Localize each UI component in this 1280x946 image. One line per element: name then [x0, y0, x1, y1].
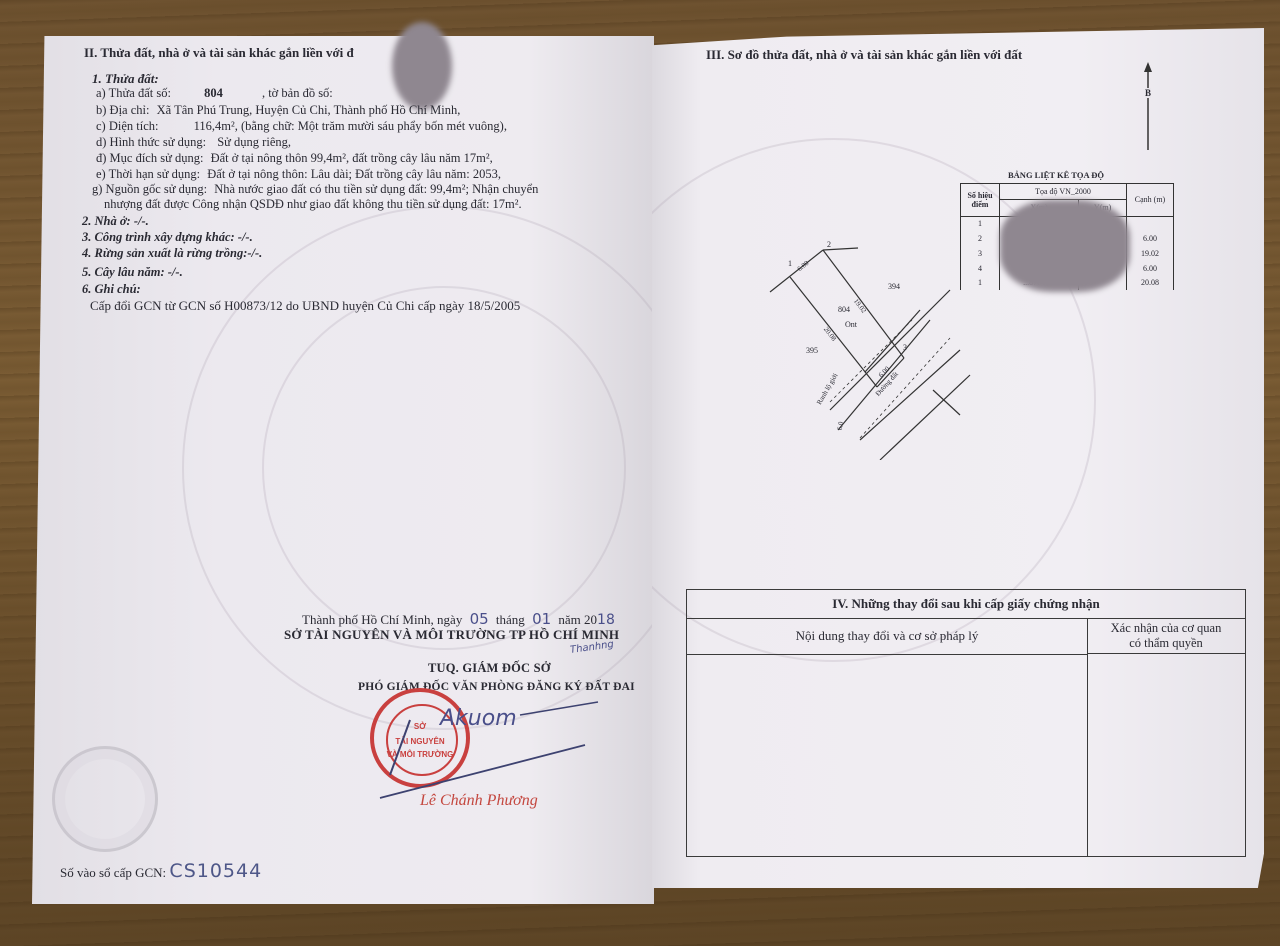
date-day: 05	[470, 610, 489, 628]
col-confirm-line-1: Xác nhận của cơ quan	[1087, 621, 1245, 636]
corner-3-label: 3	[903, 343, 907, 352]
house-item: 2. Nhà ở: -/-.	[82, 214, 149, 229]
col-authority-confirmation: Xác nhận của cơ quan có thẩm quyền	[1087, 618, 1245, 654]
parcel-id-label: 804	[838, 305, 850, 314]
changes-table-title: IV. Những thay đổi sau khi cấp giấy chứn…	[687, 590, 1245, 619]
purpose-label: đ) Mục đích sử dụng:	[96, 151, 203, 165]
term-row: e) Thời hạn sử dụng: Đất ở tại nông thôn…	[96, 167, 501, 182]
parcel-number: 804	[204, 86, 223, 100]
forest-item: 4. Rừng sản xuất là rừng trồng:-/-.	[82, 246, 262, 261]
address-value: Xã Tân Phú Trung, Huyện Củ Chi, Thành ph…	[157, 103, 461, 117]
parcel-label: a) Thửa đất số:	[96, 86, 171, 100]
date-prefix: Thành phố Hồ Chí Minh, ngày	[302, 612, 462, 627]
purpose-value: Đất ở tại nông thôn 99,4m², đất trồng câ…	[211, 151, 493, 165]
land-type-label: Ont	[845, 320, 857, 329]
notes-value: Cấp đổi GCN từ GCN số H00873/12 do UBND …	[90, 298, 520, 314]
usage-form-value: Sử dụng riêng,	[217, 135, 291, 149]
issue-date: Thành phố Hồ Chí Minh, ngày 05 tháng 01 …	[302, 610, 615, 628]
north-label: B	[1145, 88, 1151, 98]
map-sheet-label: , tờ bản đồ số:	[262, 86, 333, 100]
date-month: 01	[532, 610, 551, 628]
corner-2-label: 2	[827, 240, 831, 249]
col-edge: Cạnh (m)	[1127, 184, 1174, 217]
area-row: c) Diện tích: 116,4m², (bằng chữ: Một tr…	[96, 119, 507, 134]
address-row: b) Địa chỉ: Xã Tân Phú Trung, Huyện Củ C…	[96, 103, 460, 118]
col-point: Số hiệu điểm	[961, 184, 1000, 217]
origin-row: g) Nguồn gốc sử dụng: Nhà nước giao đất …	[92, 182, 538, 197]
embossed-seal	[52, 746, 158, 852]
notes-heading: 6. Ghi chú:	[82, 282, 141, 297]
origin-label: g) Nguồn gốc sử dụng:	[92, 182, 207, 196]
section-ii-title: II. Thửa đất, nhà ở và tài sản khác gắn …	[84, 45, 354, 61]
changes-table-divider	[1087, 654, 1088, 856]
signer-title-1: TUQ. GIÁM ĐỐC SỞ	[428, 661, 551, 676]
neighbor-394-label: 394	[888, 282, 900, 291]
registry-label: Số vào sổ cấp GCN:	[60, 865, 166, 880]
coord-table-title: BẢNG LIỆT KÊ TỌA ĐỘ	[1008, 170, 1104, 180]
coord-cell-edge: 19.02	[1127, 246, 1174, 261]
date-month-label: tháng	[496, 612, 525, 627]
origin-value-1: Nhà nước giao đất có thu tiền sử dụng đấ…	[214, 182, 538, 196]
corner-1-label: 1	[788, 259, 792, 268]
usage-form-label: d) Hình thức sử dụng:	[96, 135, 206, 149]
term-value: Đất ở tại nông thôn: Lâu dài; Đất trồng …	[207, 167, 501, 181]
address-label: b) Địa chỉ:	[96, 103, 149, 117]
col-coords: Tọa độ VN_2000	[1000, 184, 1127, 200]
registry-number-row: Số vào sổ cấp GCN: CS10544	[60, 860, 262, 882]
perennial-item: 5. Cây lâu năm: -/-.	[82, 265, 183, 280]
signer-name: Lê Chánh Phương	[420, 792, 538, 810]
land-heading: 1. Thửa đất:	[92, 71, 159, 87]
offset-label: 6.0	[836, 421, 845, 431]
coord-redaction-blur	[1000, 200, 1130, 292]
neighbor-395-label: 395	[806, 346, 818, 355]
other-construction-item: 3. Công trình xây dựng khác: -/-.	[82, 230, 253, 245]
col-change-content: Nội dung thay đổi và cơ sở pháp lý	[687, 618, 1088, 655]
coord-cell-edge: 20.08	[1127, 275, 1174, 290]
origin-value-2: nhượng đất được Công nhận QSDĐ như giao …	[104, 197, 522, 212]
section-iii-title: III. Sơ đồ thửa đất, nhà ở và tài sản kh…	[706, 47, 1022, 63]
changes-table: IV. Những thay đổi sau khi cấp giấy chứn…	[686, 589, 1246, 857]
area-label: c) Diện tích:	[96, 119, 158, 133]
redaction-blur	[392, 22, 452, 110]
north-arrow-icon	[1140, 62, 1156, 152]
coord-cell-edge: 6.00	[1127, 261, 1174, 276]
usage-form-row: d) Hình thức sử dụng: Sử dụng riêng,	[96, 135, 291, 150]
term-label: e) Thời hạn sử dụng:	[96, 167, 200, 181]
issuing-agency: SỞ TÀI NGUYÊN VÀ MÔI TRƯỜNG TP HỒ CHÍ MI…	[284, 627, 619, 643]
parcel-number-row: a) Thửa đất số: 804 , tờ bản đồ số:	[96, 86, 333, 101]
area-value: 116,4m², (bằng chữ: Một trăm mười sáu ph…	[194, 119, 507, 133]
date-year-label: năm 20	[558, 612, 597, 627]
registry-value: CS10544	[169, 860, 262, 882]
purpose-row: đ) Mục đích sử dụng: Đất ở tại nông thôn…	[96, 151, 493, 166]
coord-cell-edge	[1127, 216, 1174, 231]
watermark-emblem-inner	[262, 286, 626, 650]
date-year: 18	[597, 612, 615, 628]
coord-cell-edge: 6.00	[1127, 231, 1174, 246]
col-confirm-line-2: có thẩm quyền	[1087, 636, 1245, 651]
parcel-sketch	[760, 230, 990, 460]
